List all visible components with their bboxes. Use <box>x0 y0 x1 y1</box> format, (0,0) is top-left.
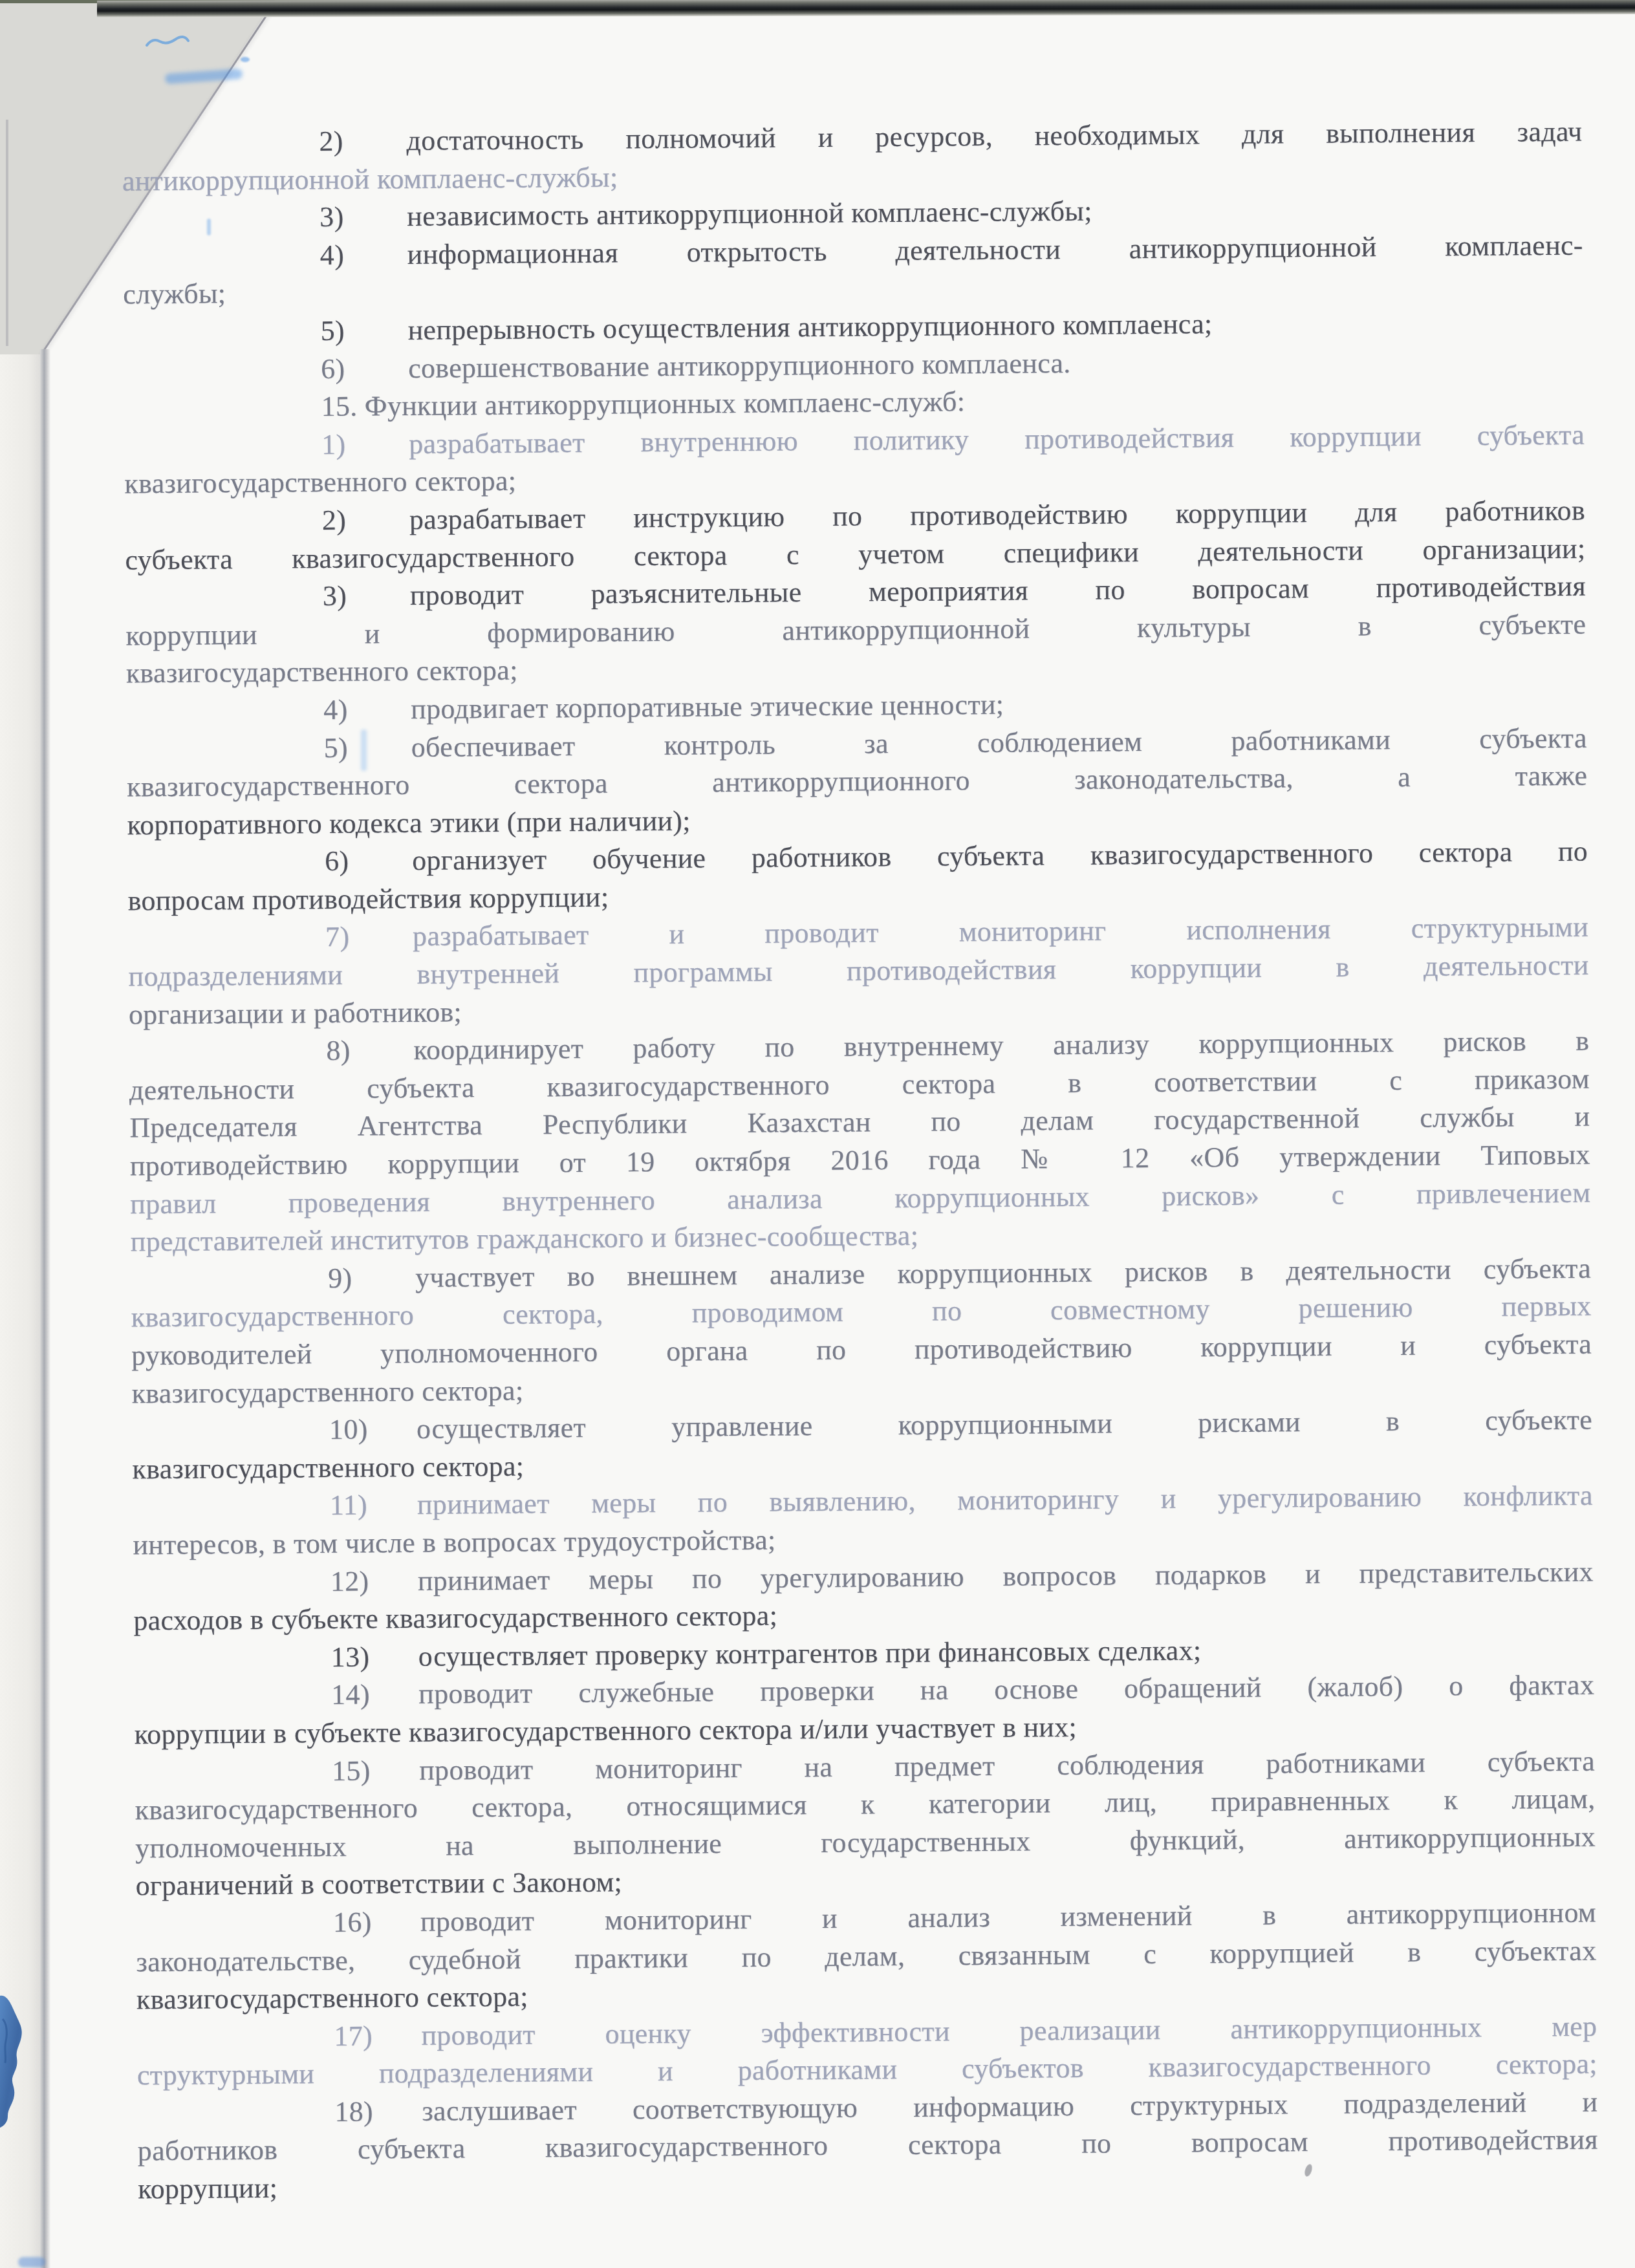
item-number: 3) <box>319 198 407 237</box>
item-number: 5) <box>320 312 407 351</box>
item-number: 2) <box>322 501 409 540</box>
item-number: 3) <box>323 577 410 616</box>
item-number: 8) <box>326 1031 413 1070</box>
item-number: 14) <box>331 1676 418 1714</box>
item-number: 10) <box>329 1410 417 1449</box>
item-number: 18) <box>334 2093 422 2132</box>
item-number: 4) <box>319 236 407 275</box>
item-number: 2) <box>319 122 406 161</box>
item-number: 1) <box>321 426 409 464</box>
item-number: 4) <box>323 691 411 729</box>
item-number: 17) <box>334 2017 421 2056</box>
item-number: 12) <box>330 1562 418 1601</box>
item-number: 16) <box>333 1903 420 1942</box>
scanned-page: 2)достаточность полномочий и ресурсов, н… <box>0 0 1635 2268</box>
item-number: 5) <box>323 728 411 767</box>
item-number: 15) <box>332 1751 419 1790</box>
item-number: 11) <box>330 1486 417 1525</box>
item-number: 6) <box>325 842 412 881</box>
item-number: 13) <box>331 1638 418 1677</box>
item-number: 7) <box>325 918 413 956</box>
blue-ink-smudge-bottom <box>18 2257 45 2267</box>
item-number: 6) <box>321 349 408 388</box>
item-number: 9) <box>328 1259 415 1298</box>
document-text: 2)достаточность полномочий и ресурсов, н… <box>0 0 1635 2210</box>
